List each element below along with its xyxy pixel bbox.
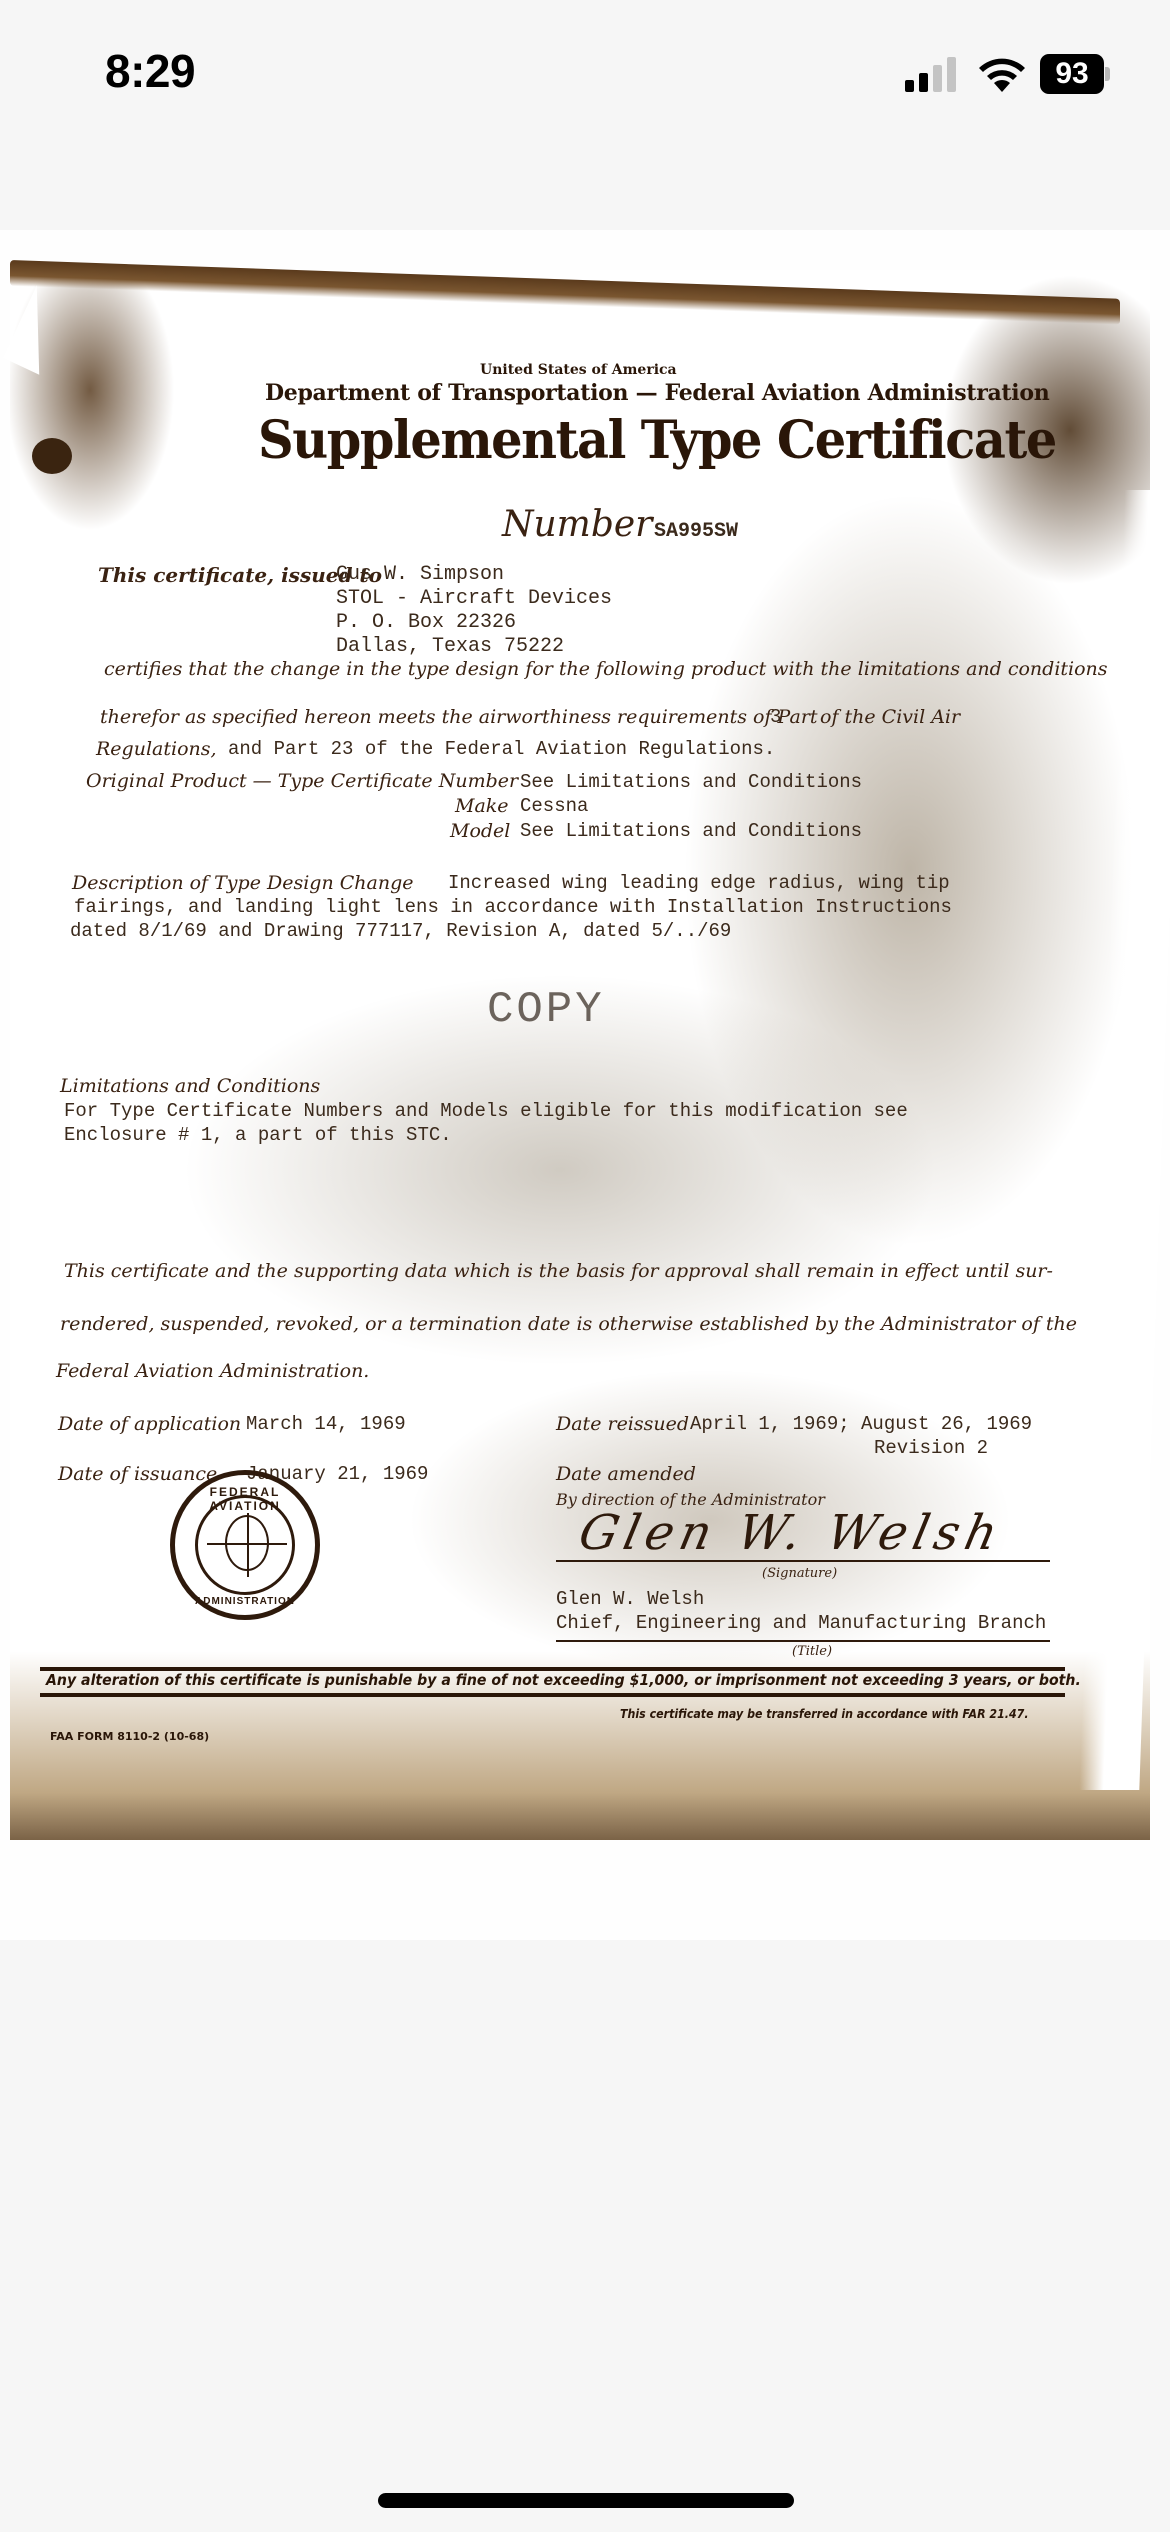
handwritten-signature: Glen W. Welsh [574,1505,1008,1561]
reissued-date-label: Date reissued [556,1413,689,1435]
certificate-number: SA995SW [654,520,738,543]
holder-company: STOL - Aircraft Devices [336,587,612,611]
cellular-signal-icon [905,56,961,92]
description-label: Description of Type Design Change [72,872,413,894]
application-date: March 14, 1969 [246,1413,406,1435]
signer-name: Glen W. Welsh [556,1588,704,1610]
certificate-title: Supplemental Type Certificate [258,410,1056,471]
title-line [556,1640,1050,1642]
model-label: Model [450,820,510,842]
binder-hole [32,438,72,474]
part-number: 3 [770,706,781,728]
document-photo: United States of America Department of T… [0,230,1170,1940]
signature-caption: (Signature) [762,1566,837,1581]
reissued-dates: April 1, 1969; August 26, 1969 [690,1413,1032,1435]
limitations-label: Limitations and Conditions [60,1075,320,1097]
issuance-date-label: Date of issuance [58,1463,217,1485]
wifi-icon [975,54,1029,94]
penalty-notice-band: Any alteration of this certificate is pu… [40,1667,1065,1697]
battery-level: 93 [1040,54,1104,94]
model-value: See Limitations and Conditions [520,820,862,842]
globe-icon [225,1515,269,1571]
original-product-label: Original Product — Type Certificate Numb… [86,770,518,792]
validity-line-1: This certificate and the supporting data… [64,1260,1053,1282]
certifies-line-3: Regulations, [96,738,217,760]
holder-city: Dallas, Texas 75222 [336,635,564,659]
revision-number: Revision 2 [874,1437,988,1459]
form-number: FAA FORM 8110-2 (10-68) [50,1730,209,1743]
limitations-line-1: For Type Certificate Numbers and Models … [64,1100,908,1122]
civil-air-text: of the Civil Air [820,706,960,728]
far-text: and Part 23 of the Federal Aviation Regu… [228,738,775,760]
certifies-line-2: therefor as specified hereon meets the a… [100,706,818,728]
battery-icon: 93 [1040,54,1110,94]
header-country: United States of America [480,362,677,378]
limitations-line-2: Enclosure # 1, a part of this STC. [64,1124,452,1146]
seal-bottom-text: ADMINISTRATION [175,1596,315,1607]
signer-title: Chief, Engineering and Manufacturing Bra… [556,1612,1046,1634]
amended-date-label: Date amended [556,1463,696,1485]
tc-number-value: See Limitations and Conditions [520,771,862,793]
holder-name: Gus W. Simpson [336,563,504,587]
validity-line-2: rendered, suspended, revoked, or a termi… [60,1313,1077,1335]
number-label: Number [502,504,652,545]
holder-po-box: P. O. Box 22326 [336,611,516,635]
make-label: Make [455,795,509,817]
certifies-line-1: certifies that the change in the type de… [104,658,1108,680]
description-line-2: fairings, and landing light lens in acco… [74,896,952,918]
faa-seal-icon: FEDERAL AVIATION ADMINISTRATION [170,1470,320,1620]
status-time: 8:29 [105,44,195,98]
signature-line [556,1560,1050,1562]
home-indicator[interactable] [378,2493,794,2508]
application-date-label: Date of application [58,1413,241,1435]
status-bar: 8:29 93 [0,0,1170,150]
header-department: Department of Transportation — Federal A… [265,380,1049,406]
description-line-3: dated 8/1/69 and Drawing 777117, Revisio… [70,920,731,942]
penalty-notice: Any alteration of this certificate is pu… [46,1671,1081,1689]
description-line-1: Increased wing leading edge radius, wing… [448,872,950,894]
copy-stamp: COPY [487,985,605,1035]
title-caption: (Title) [792,1644,832,1659]
transfer-notice: This certificate may be transferred in a… [620,1707,1029,1721]
validity-line-3: Federal Aviation Administration. [56,1360,369,1382]
make-value: Cessna [520,795,588,817]
